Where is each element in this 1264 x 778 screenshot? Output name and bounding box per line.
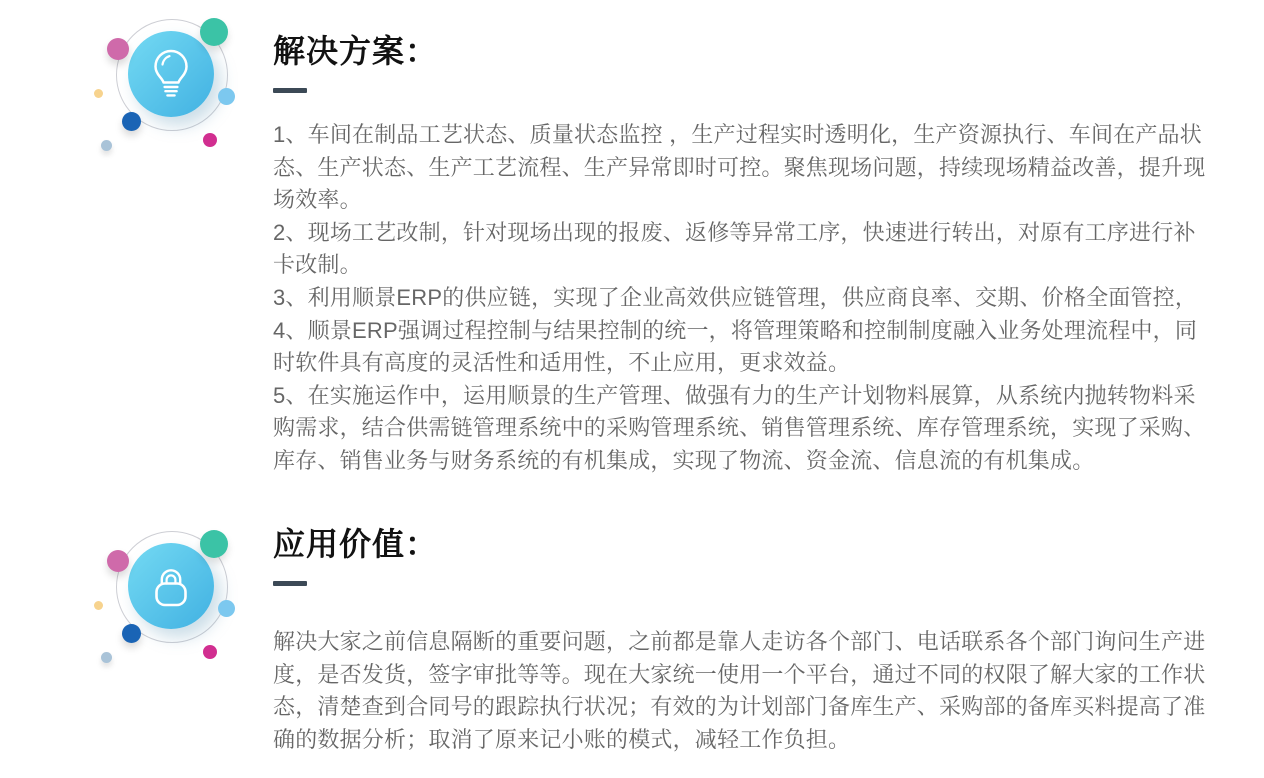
decor-dot-teal (200, 530, 228, 558)
paragraph-line: 3、利用顺景ERP的供应链，实现了企业高效供应链管理，供应商良率、交期、价格全面… (273, 282, 1213, 315)
decor-dot-yellow (94, 89, 103, 98)
title-underline (273, 88, 307, 93)
decor-dot-yellow (94, 601, 103, 610)
decorative-icon-cluster (88, 517, 240, 669)
title-underline (273, 581, 307, 586)
section-solutions: 解决方案： 1、车间在制品工艺状态、质量状态监控 ，生产过程实时透明化，生产资源… (273, 30, 1213, 478)
paragraph-line: 1、车间在制品工艺状态、质量状态监控 ，生产过程实时透明化，生产资源执行、车间在… (273, 119, 1213, 217)
decor-dot-magenta (203, 645, 217, 659)
decor-dot-dark-blue (122, 112, 141, 131)
paragraph-line: 5、在实施运作中，运用顺景的生产管理、做强有力的生产计划物料展算，从系统内抛转物… (273, 380, 1213, 478)
decor-dot-gray-blue (101, 652, 112, 663)
decor-dot-light-blue (218, 88, 235, 105)
section-title: 应用价值： (273, 523, 1213, 565)
paragraph-line: 4、顺景ERP强调过程控制与结果控制的统一，将管理策略和控制制度融入业务处理流程… (273, 315, 1213, 380)
paragraph-line: 解决大家之前信息隔断的重要问题，之前都是靠人走访各个部门、电话联系各个部门询问生… (273, 626, 1213, 756)
decor-dot-gray-blue (101, 140, 112, 151)
decorative-icon-cluster (88, 5, 240, 157)
lock-icon (148, 563, 194, 609)
decor-dot-dark-blue (122, 624, 141, 643)
section-application-value: 应用价值： 解决大家之前信息隔断的重要问题，之前都是靠人走访各个部门、电话联系各… (273, 523, 1213, 756)
paragraph-line: 2、现场工艺改制，针对现场出现的报废、返修等异常工序，快速进行转出，对原有工序进… (273, 217, 1213, 282)
decor-dot-light-blue (218, 600, 235, 617)
page: { "colors": { "accent_gradient_start": "… (0, 0, 1264, 778)
icon-circle (128, 543, 214, 629)
lightbulb-icon (149, 47, 193, 101)
icon-circle (128, 31, 214, 117)
decor-dot-teal (200, 18, 228, 46)
section-body: 解决大家之前信息隔断的重要问题，之前都是靠人走访各个部门、电话联系各个部门询问生… (273, 626, 1213, 756)
section-title: 解决方案： (273, 30, 1213, 72)
decor-dot-pink (107, 38, 129, 60)
decor-dot-pink (107, 550, 129, 572)
decor-dot-magenta (203, 133, 217, 147)
section-body: 1、车间在制品工艺状态、质量状态监控 ，生产过程实时透明化，生产资源执行、车间在… (273, 119, 1213, 478)
